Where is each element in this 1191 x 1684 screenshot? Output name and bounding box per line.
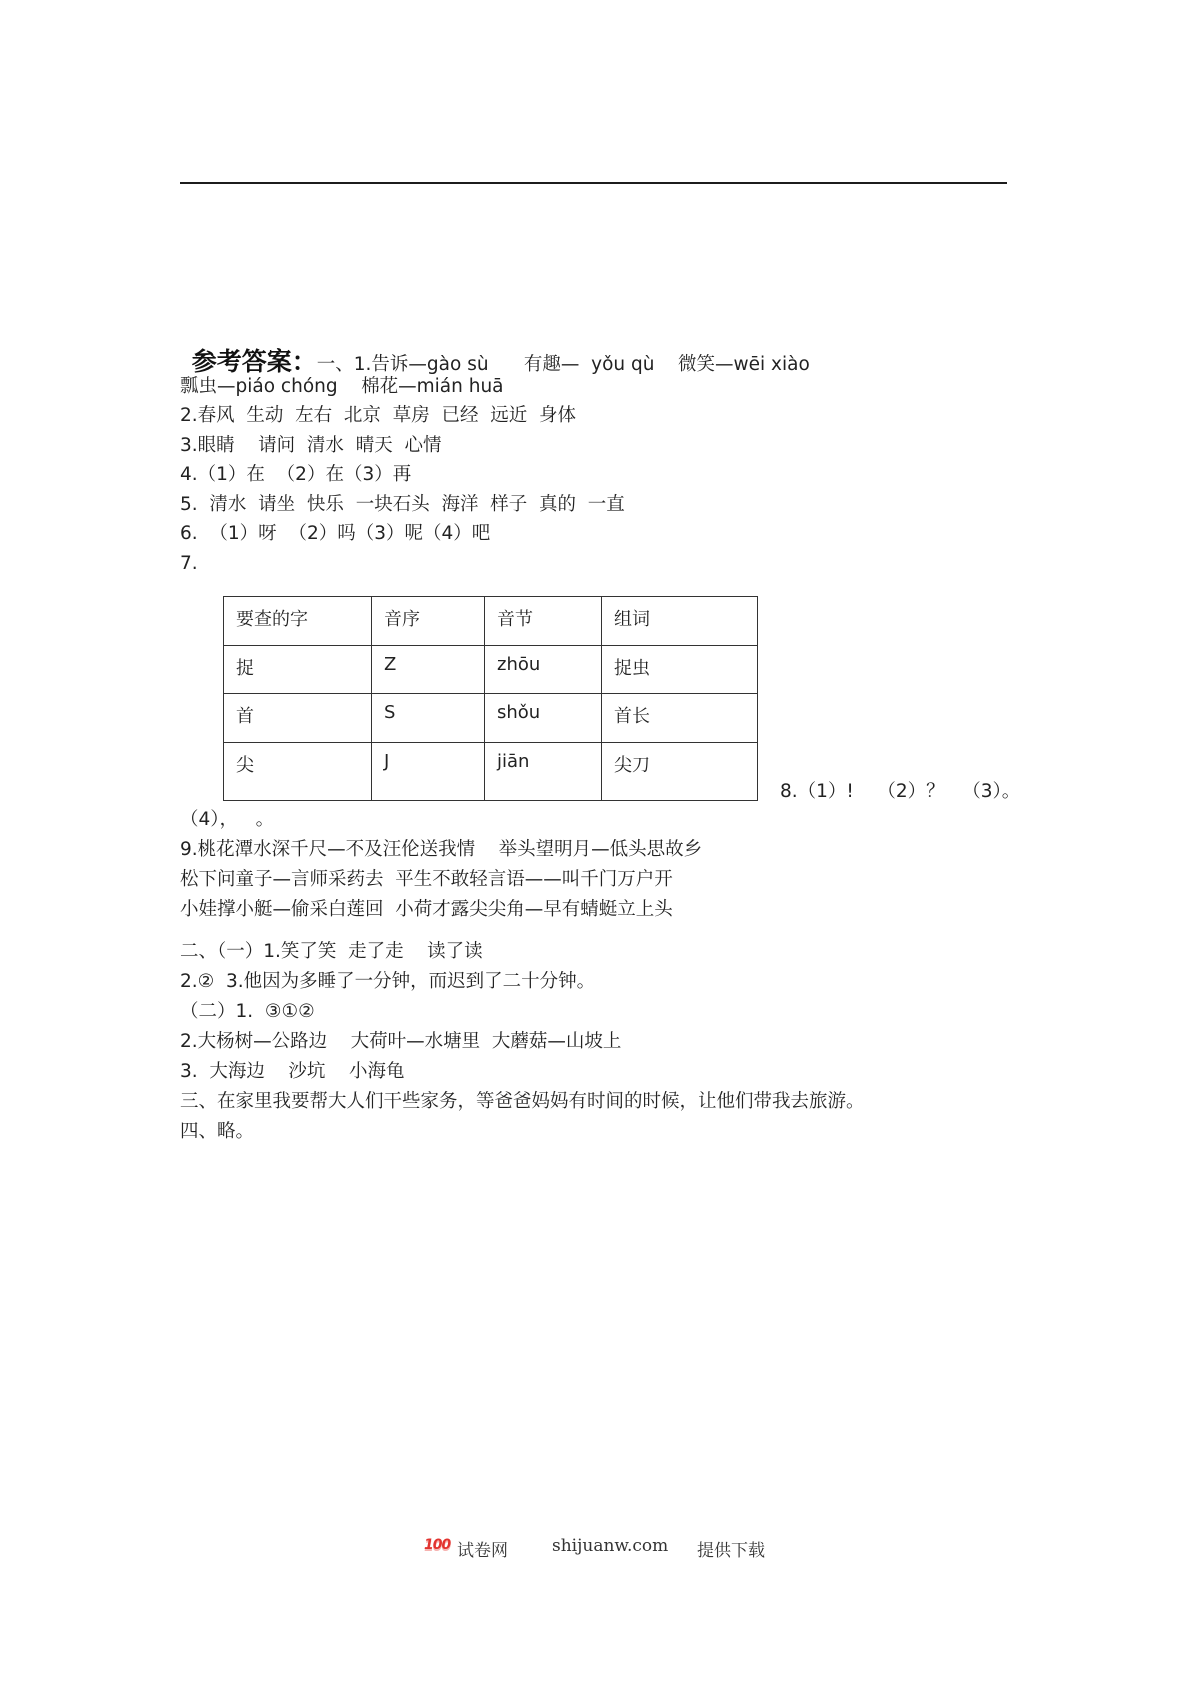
table-header-cell: 音序 bbox=[372, 597, 485, 646]
footer-site-name: 试卷网 bbox=[457, 1536, 508, 1561]
table-cell: 捉 bbox=[224, 645, 372, 694]
table-row: 尖 J jiān 尖刀 bbox=[224, 742, 758, 800]
section4-answer: 四、略。 bbox=[180, 1120, 254, 1144]
table-cell: shǒu bbox=[485, 694, 602, 743]
page-title: 参考答案： bbox=[192, 347, 317, 376]
table-cell: J bbox=[372, 742, 485, 800]
table-row: 首 S shǒu 首长 bbox=[224, 694, 758, 743]
table-cell: Z bbox=[372, 645, 485, 694]
top-horizontal-rule bbox=[180, 182, 1007, 184]
section1-line1: 一、1.告诉—gào sù 有趣— yǒu qù 微笑—wēi xiào bbox=[317, 354, 810, 375]
footer-url-link[interactable]: shijuanw.com bbox=[552, 1536, 668, 1556]
section2-line4: 2.大杨树—公路边 大荷叶—水塘里 大蘑菇—山坡上 bbox=[180, 1030, 621, 1054]
dictionary-lookup-table: 要查的字 音序 音节 组词 捉 Z zhōu 捉虫 首 S shǒu 首长 尖 … bbox=[223, 596, 758, 801]
q8-answer-part2: （4）， 。 bbox=[180, 808, 274, 832]
section2-line3: （二）1. ③①② bbox=[180, 1000, 315, 1024]
q7-label: 7. bbox=[180, 552, 198, 576]
q5-answer: 5. 清水 请坐 快乐 一块石头 海洋 样子 真的 一直 bbox=[180, 493, 625, 517]
q6-answer: 6. （1）呀 （2）吗（3）呢（4）吧 bbox=[180, 522, 490, 546]
q9-line: 小娃撑小艇—偷采白莲回 小荷才露尖尖角—早有蜻蜓立上头 bbox=[180, 898, 673, 922]
section2-line1: 二、（一）1.笑了笑 走了走 读了读 bbox=[180, 940, 483, 964]
q8-answer-part1: 8.（1）! （2）？ （3）。 bbox=[780, 780, 1020, 804]
q9-line: 9.桃花潭水深千尺—不及汪伦送我情 举头望明月—低头思故乡 bbox=[180, 838, 702, 862]
table-cell: S bbox=[372, 694, 485, 743]
section1-line1b: 瓢虫—piáo chóng 棉花—mián huā bbox=[180, 375, 504, 399]
table-cell: 捉虫 bbox=[602, 645, 758, 694]
section3-answer: 三、在家里我要帮大人们干些家务，等爸爸妈妈有时间的时候，让他们带我去旅游。 bbox=[180, 1090, 865, 1114]
table-cell: 尖 bbox=[224, 742, 372, 800]
q4-answer: 4.（1）在 （2）在（3）再 bbox=[180, 463, 411, 487]
table-cell: zhōu bbox=[485, 645, 602, 694]
table-header-cell: 组词 bbox=[602, 597, 758, 646]
section2-line2: 2.② 3.他因为多睡了一分钟，而迟到了二十分钟。 bbox=[180, 970, 595, 994]
q3-answer: 3.眼睛 请问 清水 晴天 心情 bbox=[180, 434, 441, 458]
section2-line5: 3. 大海边 沙坑 小海龟 bbox=[180, 1060, 404, 1084]
footer-tagline: 提供下载 bbox=[697, 1536, 765, 1561]
table-header-row: 要查的字 音序 音节 组词 bbox=[224, 597, 758, 646]
q9-line: 松下问童子—言师采药去 平生不敢轻言语——叫千门万户开 bbox=[180, 868, 673, 892]
table-row: 捉 Z zhōu 捉虫 bbox=[224, 645, 758, 694]
table-cell: 首 bbox=[224, 694, 372, 743]
table-cell: jiān bbox=[485, 742, 602, 800]
table-cell: 首长 bbox=[602, 694, 758, 743]
logo-100-icon: 100 bbox=[424, 1537, 450, 1553]
answer-heading-line: 参考答案：一、1.告诉—gào sù 有趣— yǒu qù 微笑—wēi xià… bbox=[180, 326, 810, 377]
table-header-cell: 要查的字 bbox=[224, 597, 372, 646]
q2-answer: 2.春风 生动 左右 北京 草房 已经 远近 身体 bbox=[180, 404, 576, 428]
table-cell: 尖刀 bbox=[602, 742, 758, 800]
table-header-cell: 音节 bbox=[485, 597, 602, 646]
